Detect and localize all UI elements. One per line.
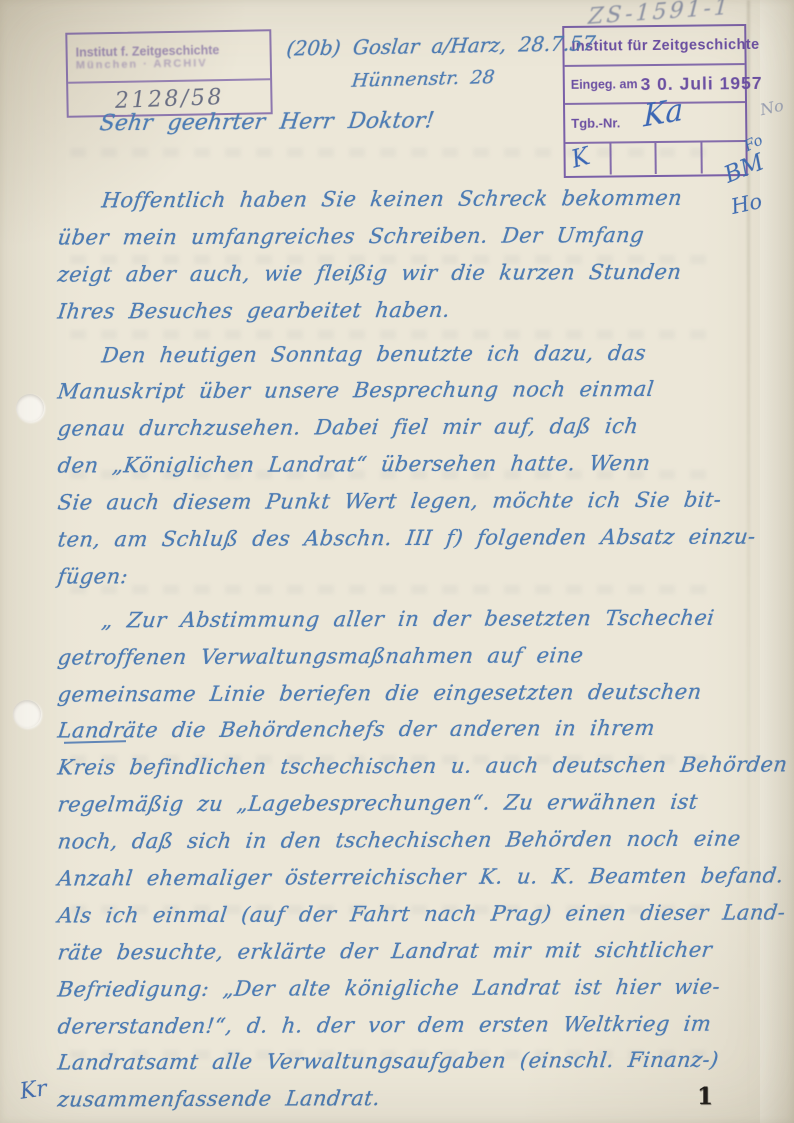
letter-line: Sie auch diesem Punkt Wert legen, möchte…	[56, 482, 767, 522]
letter-line: dererstanden!“, d. h. der vor dem ersten…	[56, 1005, 767, 1045]
hole-punch	[16, 394, 44, 422]
letter-line: noch, daß sich in den tschechischen Behö…	[56, 821, 767, 861]
stamp-cell	[611, 143, 657, 174]
archive-stamp-header: Institut f. Zeitgeschichte München · ARC…	[67, 31, 270, 84]
received-label: Eingeg. am	[571, 77, 638, 92]
letter-line: Den heutigen Sonntag benutzte ich dazu, …	[56, 334, 767, 374]
letter-line: zeigt aber auch, wie fleißig wir die kur…	[56, 253, 767, 293]
stamp-grid-cells: K	[565, 142, 745, 175]
letter-line: Ihres Besuches gearbeitet haben.	[56, 290, 767, 330]
letter-line: getroffenen Verwaltungsmaßnahmen auf ein…	[56, 636, 767, 676]
stamp-cell	[656, 143, 702, 174]
letter-line: Manuskript über unsere Besprechung noch …	[56, 371, 767, 411]
letter-salutation: Sehr geehrter Herr Doktor!	[98, 109, 436, 137]
tgb-label: Tgb.-Nr.	[571, 115, 620, 131]
letter-line: genau durchzusehen. Dabei fiel mir auf, …	[56, 408, 767, 448]
letter-paragraph: „ Zur Abstimmung aller in der besetzten …	[58, 601, 764, 1117]
letter-line: „ Zur Abstimmung aller in der besetzten …	[56, 599, 767, 639]
letter-line: fügen:	[56, 555, 767, 595]
letter-line: Als ich einmal (auf der Fahrt nach Prag)…	[56, 894, 767, 934]
letter-line: räte besuchte, erklärte der Landrat mir …	[56, 931, 767, 971]
letter-line: Landräte die Behördenchefs der anderen i…	[56, 710, 767, 750]
hole-punch	[13, 700, 41, 728]
archive-number-stamp: Institut f. Zeitgeschichte München · ARC…	[65, 29, 272, 118]
letter-paragraph: Hoffentlich haben Sie keinen Schreck bek…	[58, 181, 764, 329]
letter-line: Hoffentlich haben Sie keinen Schreck bek…	[56, 179, 767, 219]
letter-line: zusammenfassende Landrat.	[56, 1079, 767, 1119]
letter-line: den „Königlichen Landrat“ übersehen hatt…	[56, 445, 767, 485]
letter-place-date: (20b) Goslar a/Harz, 28.7.57	[285, 31, 596, 60]
letter-line: Anzahl ehemaliger österreichischer K. u.…	[56, 857, 767, 897]
letter-line: Befriedigung: „Der alte königliche Landr…	[56, 968, 767, 1008]
stamp-cell: K	[565, 143, 611, 174]
archive-stamp-line2: München · ARCHIV	[76, 56, 262, 71]
letter-line: regelmäßig zu „Lagebesprechungen“. Zu er…	[56, 784, 767, 824]
letter-street-address: Hünnenstr. 28	[351, 66, 496, 92]
tgb-handwritten-value: Ka	[643, 92, 683, 134]
letter-line: Landratsamt alle Verwaltungsaufgaben (ei…	[56, 1042, 767, 1082]
page-number-stamp: 1	[697, 1083, 713, 1110]
received-date: 3 0. Juli 1957	[640, 72, 762, 94]
letter-line: gemeinsame Linie beriefen die eingesetzt…	[56, 673, 767, 713]
letter-paragraph: Den heutigen Sonntag benutzte ich dazu, …	[58, 336, 764, 594]
letter-line: Kreis befindlichen tschechischen u. auch…	[56, 747, 767, 787]
scanned-letter-page: ZS-1591-1 Institut f. Zeitgeschichte Mün…	[0, 0, 794, 1123]
tgb-row: Tgb.-Nr. Ka	[565, 103, 745, 144]
letter-line: über mein umfangreiches Schreiben. Der U…	[56, 216, 767, 256]
bottom-left-initials: Kr	[18, 1076, 48, 1105]
letter-body: Hoffentlich haben Sie keinen Schreck bek…	[58, 181, 764, 1117]
stamp-cell-handwritten-mark: K	[568, 142, 592, 174]
letter-line: ten, am Schluß des Abschn. III f) folgen…	[56, 518, 767, 558]
